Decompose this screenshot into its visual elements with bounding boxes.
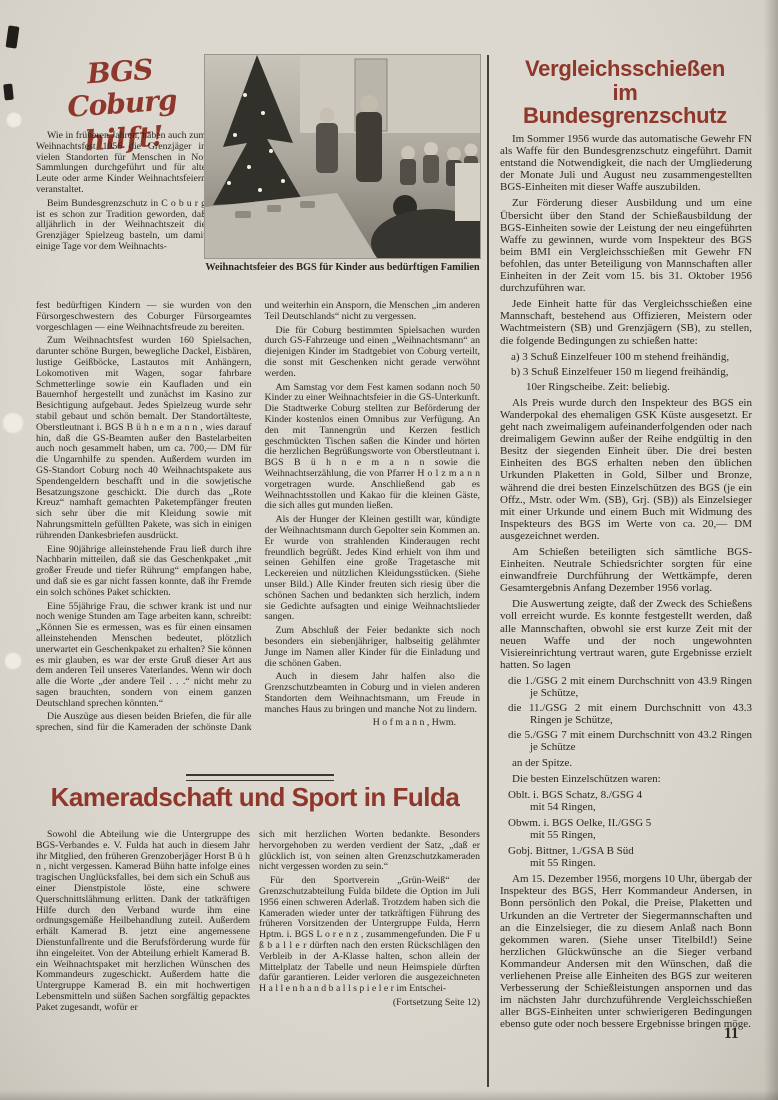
- condition-item: a) 3 Schuß Einzelfeuer 100 m stehend fre…: [500, 351, 752, 363]
- right-article-column: Im Sommer 1956 wurde das automatische Ge…: [500, 133, 752, 1034]
- paragraph: Zur Förderung dieser Ausbildung und um e…: [500, 197, 752, 294]
- continuation-note: (Fortsetzung Seite 12): [259, 998, 480, 1009]
- title-line: im: [492, 81, 758, 105]
- article-title-kameradschaft-fulda: Kameradschaft und Sport in Fulda: [28, 782, 482, 813]
- results-closing: an der Spitze.: [500, 757, 752, 769]
- title-line: Vergleichsschießen: [492, 57, 758, 81]
- author-signature: H o f m a n n , Hwm.: [265, 718, 481, 729]
- paragraph: Auch in diesem Jahr halfen also die Gren…: [265, 672, 481, 715]
- coburg-article-columns: fest bedürftigen Kindern — sie wurden vo…: [36, 301, 480, 769]
- condition-item: b) 3 Schuß Einzelfeuer 150 m liegend fre…: [500, 366, 752, 378]
- nurse-figure: [455, 163, 480, 221]
- title-line: Bundesgrenzschutz: [492, 104, 758, 128]
- paragraph: Die Auswertung zeigte, daß der Zweck des…: [500, 598, 752, 671]
- paragraph: Als Preis wurde durch den Inspekteur des…: [500, 397, 752, 542]
- column-divider-vertical: [487, 55, 489, 1087]
- santa-body: [356, 112, 382, 182]
- left-intro-column: Wie in früheren Jahren, haben auch zum W…: [36, 131, 206, 256]
- page-number: 11: [724, 1025, 739, 1043]
- paragraph: Beim Bundesgrenzschutz in C o b u r g is…: [36, 199, 206, 253]
- paragraph: Die für Coburg bestimmten Spielsachen wu…: [265, 326, 481, 380]
- paragraph: Als der Hunger der Kleinen gestillt war,…: [265, 515, 481, 623]
- paragraph: Wie in früheren Jahren, haben auch zum W…: [36, 131, 206, 196]
- christmas-party-photo: [205, 55, 480, 258]
- scan-shadow-right: [764, 0, 778, 1100]
- paragraph: fest bedürftigen Kindern — sie wurden vo…: [36, 301, 252, 333]
- shooter-name: Obwm. i. BGS Oelke, II./GSG 5: [508, 817, 651, 829]
- best-shooter-item: Gobj. Bittner, 1./GSA B Süd mit 55 Ringe…: [500, 845, 752, 869]
- paragraph: Am Samstag vor dem Fest kamen sodann noc…: [265, 383, 481, 513]
- condition-item: 10er Ringscheibe. Zeit: beliebig.: [500, 381, 752, 393]
- photo-caption: Weihnachtsfeier des BGS für Kinder aus b…: [203, 262, 482, 275]
- paragraph: sich mit herzlichen Worten bedankte. Bes…: [259, 830, 480, 873]
- bottom-right-column: sich mit herzlichen Worten bedankte. Bes…: [259, 830, 480, 1012]
- paragraph: Für den Sportverein „Grün-Weiß“ der Gren…: [259, 876, 480, 995]
- shooter-name: Oblt. i. BGS Schatz, 8./GSG 4: [508, 789, 642, 801]
- paper-blemish: [4, 652, 22, 670]
- bottom-left-column: Sowohl die Abteilung wie die Untergruppe…: [36, 830, 250, 1017]
- magazine-page: BGS Coburg hilft! Wie in früheren Jahren…: [0, 0, 778, 1100]
- best-shooter-item: Oblt. i. BGS Schatz, 8./GSG 4 mit 54 Rin…: [500, 789, 752, 813]
- shooter-name: Gobj. Bittner, 1./GSA B Süd: [508, 845, 634, 857]
- photo-illustration: [205, 55, 480, 258]
- paper-blemish: [6, 112, 22, 128]
- best-shooters-intro: Die besten Einzelschützen waren:: [500, 773, 752, 785]
- santa-head: [360, 95, 378, 113]
- binding-ink-mark: [6, 25, 20, 48]
- title-line: BGS Coburg: [37, 50, 205, 125]
- paragraph: Zum Weihnachtsfest wurden 160 Spielsache…: [36, 336, 252, 541]
- paragraph: Am 15. Dezember 1956, morgens 10 Uhr, üb…: [500, 873, 752, 1030]
- paper-blemish: [2, 412, 24, 434]
- paragraph: Zum Abschluß der Feier bedankte sich noc…: [265, 626, 481, 669]
- best-shooter-item: Obwm. i. BGS Oelke, II./GSG 5 mit 55 Rin…: [500, 817, 752, 841]
- paragraph: Am Schießen beteiligten sich sämtliche B…: [500, 546, 752, 594]
- paragraph: Eine 90jährige alleinstehende Frau ließ …: [36, 545, 252, 599]
- guest-body: [316, 123, 338, 173]
- result-item: die 5./GSG 7 mit einem Durchschnitt von …: [500, 729, 752, 753]
- paragraph: Sowohl die Abteilung wie die Untergruppe…: [36, 830, 250, 1014]
- section-divider-rule: [186, 774, 334, 781]
- scan-shadow-bottom: [0, 1090, 778, 1100]
- shooter-score: mit 55 Ringen.: [508, 857, 752, 869]
- shooter-score: mit 55 Ringen,: [508, 829, 752, 841]
- paragraph: Jede Einheit hatte für das Vergleichssch…: [500, 298, 752, 346]
- binding-ink-mark: [3, 84, 14, 101]
- guest-head: [320, 108, 335, 123]
- article-title-vergleichsschiessen: Vergleichsschießen im Bundesgrenzschutz: [492, 57, 758, 128]
- result-item: die 11./GSG 2 mit einem Durchschnitt von…: [500, 702, 752, 726]
- shooter-score: mit 54 Ringen,: [508, 801, 752, 813]
- result-item: die 1./GSG 2 mit einem Durchschnitt von …: [500, 675, 752, 699]
- paragraph: Im Sommer 1956 wurde das automatische Ge…: [500, 133, 752, 193]
- paragraph: Eine 55jährige Frau, die schwer krank is…: [36, 602, 252, 710]
